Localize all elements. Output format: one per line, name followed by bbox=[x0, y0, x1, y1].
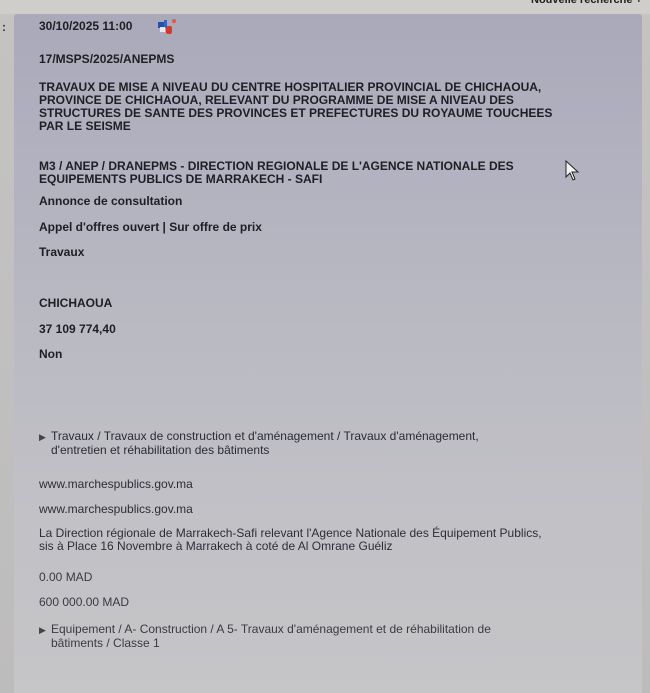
category: Travaux bbox=[39, 246, 84, 259]
execution-location: CHICHAOUA bbox=[39, 297, 112, 310]
buyer-line: EQUIPEMENTS PUBLICS DE MARRAKECH - SAFI bbox=[39, 173, 559, 186]
tender-object: TRAVAUX DE MISE A NIVEAU DU CENTRE HOSPI… bbox=[39, 81, 609, 133]
announcement-type: Annonce de consultation bbox=[39, 195, 182, 208]
anep-logo-icon bbox=[156, 17, 178, 37]
new-search-link[interactable]: Nouvelle recherche + bbox=[531, 0, 642, 6]
left-label: : bbox=[2, 20, 6, 34]
required-qualification[interactable]: ▶Equipement / A- Construction / A 5- Tra… bbox=[39, 623, 559, 650]
procedure-type: Appel d'offres ouvert | Sur offre de pri… bbox=[39, 221, 262, 234]
tender-reference: 17/MSPS/2025/ANEPMS bbox=[39, 53, 174, 66]
mouse-cursor-icon bbox=[564, 160, 580, 182]
expand-arrow-icon[interactable]: ▶ bbox=[39, 624, 51, 637]
provisional-bond: 0.00 MAD bbox=[39, 571, 92, 584]
estimated-amount: 37 109 774,40 bbox=[39, 323, 116, 336]
buyer: M3 / ANEP / DRANEPMS - DIRECTION REGIONA… bbox=[39, 160, 559, 186]
address-line: sis à Place 16 Novembre à Marrakech à co… bbox=[39, 540, 609, 553]
qualification-line: Equipement / A- Construction / A 5- Trav… bbox=[51, 622, 491, 636]
activity-domain-line: d'entretien et réhabilitation des bâtime… bbox=[39, 444, 559, 457]
bond-amount: 600 000.00 MAD bbox=[39, 596, 129, 609]
top-bar: Nouvelle recherche + bbox=[0, 0, 650, 14]
submission-site-link[interactable]: www.marchespublics.gov.ma bbox=[39, 503, 193, 516]
reserved-sme: Non bbox=[39, 348, 62, 361]
opening-address: La Direction régionale de Marrakech-Safi… bbox=[39, 527, 609, 553]
expand-arrow-icon[interactable]: ▶ bbox=[39, 431, 51, 444]
activity-domain-line: Travaux / Travaux de construction et d'a… bbox=[51, 429, 479, 443]
withdrawal-site-link[interactable]: www.marchespublics.gov.ma bbox=[39, 478, 193, 491]
tender-object-line: PAR LE SEISME bbox=[39, 120, 609, 133]
qualification-line: bâtiments / Classe 1 bbox=[39, 637, 559, 650]
activity-domains[interactable]: ▶Travaux / Travaux de construction et d'… bbox=[39, 430, 559, 457]
deadline-date: 30/10/2025 11:00 bbox=[39, 20, 132, 33]
